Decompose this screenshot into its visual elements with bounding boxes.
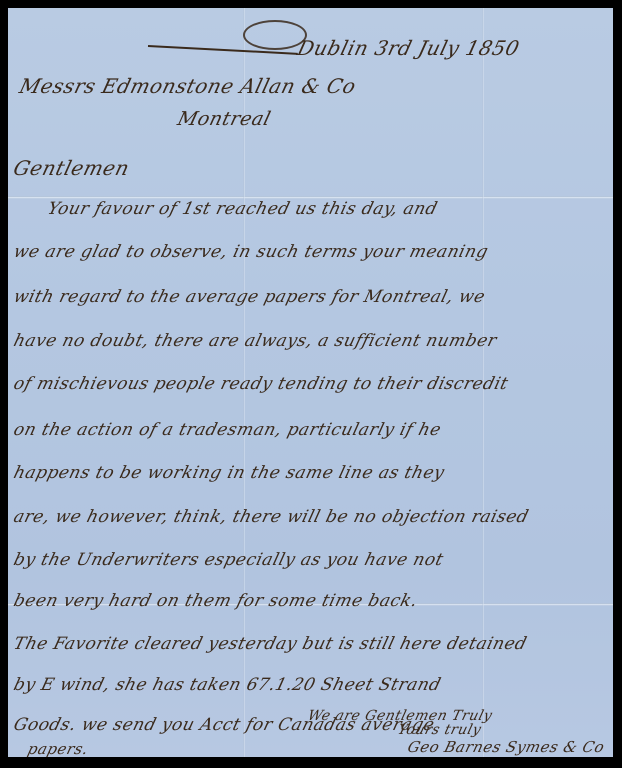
body-line-3: with regard to the average papers for Mo… xyxy=(12,287,488,307)
body-line-4: have no doubt, there are always, a suffi… xyxy=(12,331,499,351)
body-line-10: been very hard on them for some time bac… xyxy=(12,591,420,611)
body-line-9: by the Underwriters especially as you ha… xyxy=(12,550,446,570)
signature: Geo Barnes Symes & Co xyxy=(406,738,607,756)
letter-paper: Dublin 3rd July 1850 Messrs Edmonstone A… xyxy=(8,8,613,757)
body-line-7: happens to be working in the same line a… xyxy=(12,463,447,483)
dateline: Dublin 3rd July 1850 xyxy=(295,36,522,60)
body-line-12: by E wind, she has taken 67.1.20 Sheet S… xyxy=(12,675,444,695)
salutation: Gentlemen xyxy=(11,156,132,180)
addressee-line-2: Montreal xyxy=(175,108,273,130)
body-line-8: are, we however, think, there will be no… xyxy=(12,507,531,527)
closing-line-2: Yours truly xyxy=(396,722,483,738)
body-line-1: Your favour of 1st reached us this day, … xyxy=(46,199,440,219)
body-line-11: The Favorite cleared yesterday but is st… xyxy=(12,634,530,654)
addressee-line-1: Messrs Edmonstone Allan & Co xyxy=(17,74,359,98)
body-line-14: papers. xyxy=(26,740,91,757)
body-line-5: of mischievous people ready tending to t… xyxy=(12,374,511,394)
body-line-6: on the action of a tradesman, particular… xyxy=(12,420,444,440)
body-line-2: we are glad to observe, in such terms yo… xyxy=(12,242,491,262)
